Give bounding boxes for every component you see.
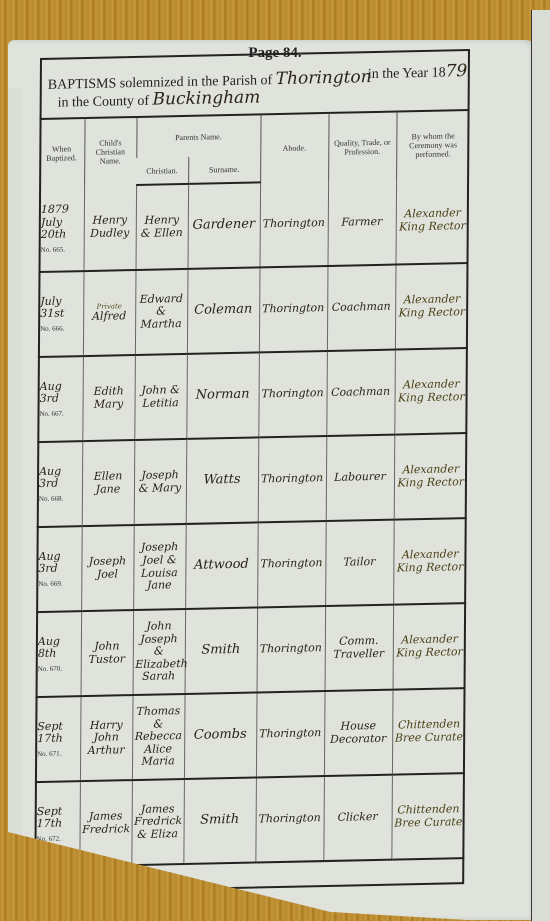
- entry-number: No. 669.: [38, 579, 79, 588]
- table-row: Aug 3rdNo. 667.Edith MaryJohn & LetitiaN…: [37, 348, 468, 442]
- cell-surname: Coleman: [187, 267, 260, 354]
- cell-performed-by: Chittenden Bree Curate: [392, 688, 466, 775]
- cell-abode: Thorington: [257, 606, 326, 692]
- table-row: Aug 3rdNo. 669.Joseph JoelJoseph Joel & …: [36, 518, 467, 612]
- cell-child: John Tustor: [81, 610, 134, 696]
- baptism-date: Aug 3rd: [39, 464, 61, 490]
- cell-abode: Thorington: [259, 266, 328, 352]
- year-suffix: 79: [446, 61, 468, 81]
- county-prefix: in the County of: [58, 94, 149, 111]
- col-quality: Quality, Trade, or Profession.: [328, 112, 396, 181]
- cell-surname: Smith: [183, 777, 256, 864]
- child-name: James Fredrick: [82, 809, 130, 835]
- baptism-date: Aug 3rd: [40, 379, 62, 405]
- table-row: Sept 17thNo. 671.Harry John ArthurThomas…: [35, 688, 466, 782]
- cell-parents: Joseph & Mary: [134, 439, 187, 525]
- cell-quality: House Decorator: [324, 690, 393, 776]
- entry-number: No. 670.: [38, 664, 79, 673]
- page-stack-edge: [8, 88, 22, 918]
- cell-date: 1879 July 20thNo. 665.: [39, 186, 85, 272]
- cell-parents: Joseph Joel & Louisa Jane: [133, 524, 186, 610]
- cell-date: Aug 8thNo. 670.: [36, 611, 82, 697]
- entry-number: No. 665.: [41, 245, 82, 254]
- child-name: Edith Mary: [94, 384, 124, 410]
- col-parents-surname: Surname.: [188, 155, 260, 184]
- child-name: Henry Dudley: [90, 214, 129, 240]
- cell-quality: Labourer: [326, 435, 395, 521]
- entry-number: No. 671.: [37, 749, 78, 758]
- cell-child: Edith Mary: [82, 355, 135, 441]
- cell-surname: Norman: [186, 352, 259, 439]
- cell-abode: Thorington: [258, 436, 327, 522]
- cell-child: PrivateAlfred: [83, 270, 136, 356]
- cell-abode: Thorington: [256, 691, 325, 777]
- cell-abode: Thorington: [255, 776, 324, 862]
- cell-surname: Gardener: [188, 182, 261, 269]
- cell-quality: Tailor: [325, 520, 394, 606]
- col-parents-name: Parents Name.: [136, 114, 260, 158]
- cell-parents: John & Letitia: [134, 354, 187, 440]
- child-name: John Tustor: [89, 639, 125, 665]
- cell-date: July 31stNo. 666.: [38, 271, 84, 357]
- baptism-date: 1879 July 20th: [41, 202, 69, 241]
- cell-child: Henry Dudley: [84, 185, 137, 271]
- table-row: Aug 8thNo. 670.John TustorJohn Joseph & …: [36, 603, 467, 697]
- child-name: Joseph Joel: [89, 554, 126, 580]
- cell-date: Aug 3rdNo. 669.: [36, 526, 82, 612]
- table-row: 1879 July 20thNo. 665.Henry DudleyHenry …: [39, 178, 470, 272]
- cell-child: Ellen Jane: [82, 440, 135, 526]
- year-prefix: in the Year 18: [368, 66, 446, 83]
- baptism-date: Aug 3rd: [38, 549, 60, 575]
- baptism-date: Sept 17th: [37, 804, 63, 830]
- parish-name: Thorington: [276, 67, 372, 89]
- cell-performed-by: Alexander King Rector: [394, 348, 468, 435]
- cell-quality: Clicker: [323, 775, 392, 861]
- entry-number: No. 668.: [39, 494, 80, 503]
- col-when-baptized: When Baptized.: [39, 118, 84, 187]
- baptism-register-form: BAPTISMS solemnized in the Parish of Tho…: [34, 49, 470, 893]
- cell-abode: Thorington: [260, 181, 329, 267]
- cell-performed-by: Alexander King Rector: [394, 433, 468, 520]
- cell-performed-by: Chittenden Bree Curate: [391, 773, 465, 860]
- cell-quality: Farmer: [327, 180, 396, 266]
- cell-parents: John Joseph & Elizabeth Sarah: [133, 609, 186, 695]
- entry-number: No. 667.: [39, 409, 80, 418]
- entry-number: No. 666.: [40, 324, 81, 333]
- col-child-name: Child's Christian Name.: [84, 117, 136, 186]
- cell-abode: Thorington: [257, 521, 326, 607]
- cell-performed-by: Alexander King Rector: [393, 518, 467, 605]
- cell-parents: Henry & Ellen: [136, 184, 189, 270]
- cell-surname: Watts: [186, 437, 259, 524]
- cell-abode: Thorington: [258, 351, 327, 437]
- cell-date: Sept 17thNo. 671.: [35, 696, 81, 782]
- table-row: Sept 17thNo. 672.James FredrickJames Fre…: [34, 773, 465, 867]
- cell-child: Harry John Arthur: [80, 695, 133, 781]
- cell-surname: Attwood: [185, 522, 258, 609]
- cell-surname: Coombs: [184, 692, 257, 779]
- col-abode: Abode.: [260, 113, 328, 182]
- table-row: Aug 3rdNo. 668.Ellen JaneJoseph & MaryWa…: [37, 433, 468, 527]
- cell-performed-by: Alexander King Rector: [395, 178, 469, 265]
- table-row: July 31stNo. 666.PrivateAlfredEdward & M…: [38, 263, 469, 357]
- baptism-date: Sept 17th: [37, 719, 63, 745]
- cell-performed-by: Alexander King Rector: [395, 263, 469, 350]
- baptism-date: July 31st: [40, 294, 64, 320]
- county-name: Buckingham: [153, 87, 261, 109]
- cell-parents: Thomas & Rebecca Alice Maria: [132, 694, 185, 780]
- child-name: Alfred: [92, 309, 126, 323]
- cell-parents: James Fredrick & Eliza: [131, 779, 184, 865]
- cell-date: Aug 3rdNo. 667.: [37, 356, 83, 442]
- cell-parents: Edward & Martha: [135, 269, 188, 355]
- cell-quality: Comm. Traveller: [325, 605, 394, 691]
- baptism-table: When Baptized. Child's Christian Name. P…: [34, 109, 469, 868]
- baptism-date: Aug 8th: [38, 634, 60, 660]
- cell-performed-by: Alexander King Rector: [393, 603, 467, 690]
- col-parents-christian: Christian.: [136, 157, 188, 185]
- child-name: Harry John Arthur: [88, 718, 125, 757]
- cell-child: Joseph Joel: [81, 525, 134, 611]
- cell-surname: Smith: [185, 607, 258, 694]
- cell-date: Aug 3rdNo. 668.: [37, 441, 83, 527]
- cell-quality: Coachman: [327, 265, 396, 351]
- cell-quality: Coachman: [326, 350, 395, 436]
- facing-page-edge: [531, 10, 550, 921]
- col-performed-by: By whom the Ceremony was performed.: [396, 110, 469, 180]
- child-name: Ellen Jane: [94, 469, 123, 495]
